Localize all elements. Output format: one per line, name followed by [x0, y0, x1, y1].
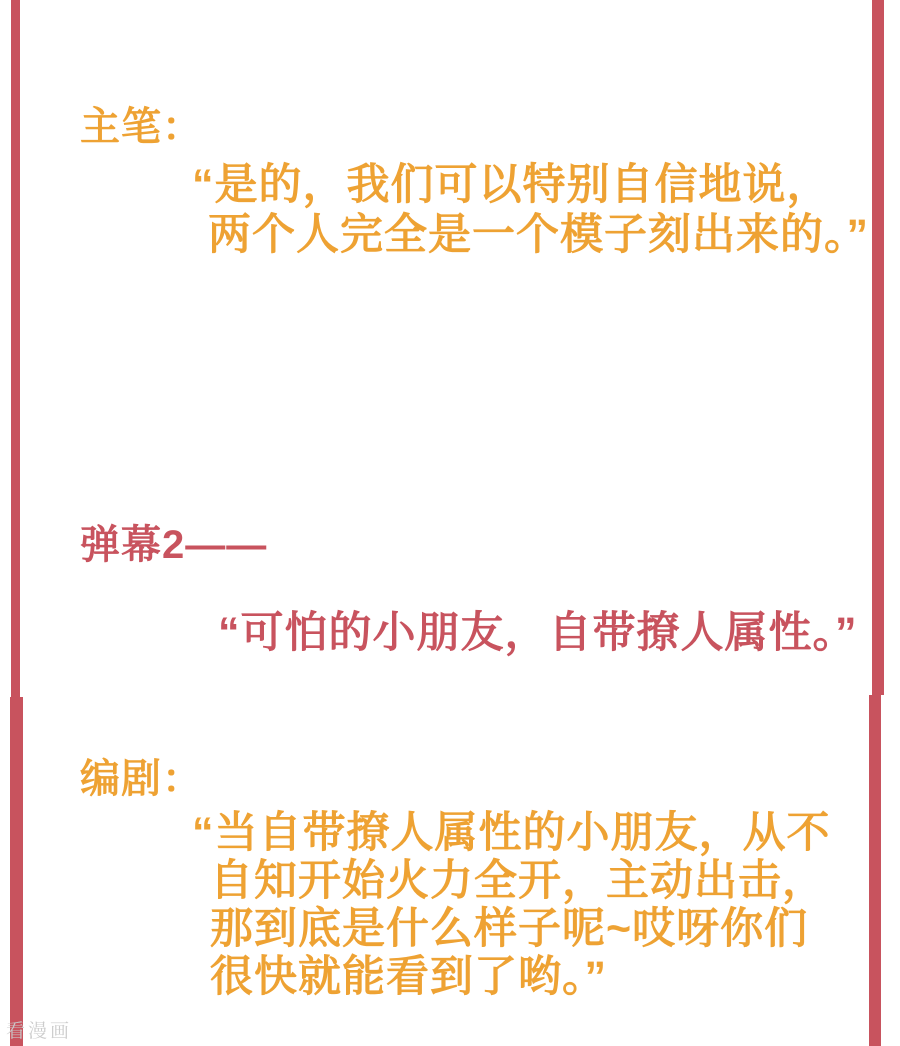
panel-border-left-bottom: [10, 697, 23, 1046]
writer-quote-line-3: 那到底是什么样子呢~哎呀你们: [210, 906, 808, 952]
artist-quote-line-1: “是的，我们可以特别自信地说，: [192, 162, 831, 208]
panel-border-right-bottom: [869, 695, 881, 1046]
comic-page: 主笔： “是的，我们可以特别自信地说， 两个人完全是一个模子刻出来的。” 弹幕2…: [0, 0, 900, 1046]
artist-quote-line-2: 两个人完全是一个模子刻出来的。”: [208, 212, 869, 258]
writer-quote-line-4: 很快就能看到了哟。”: [210, 954, 607, 1000]
app-watermark: 看漫画: [6, 1016, 72, 1043]
writer-quote-line-2: 自知开始火力全开，主动出击，: [210, 858, 826, 904]
panel-border-right-top: [872, 0, 884, 695]
writer-section-label: 编剧：: [80, 758, 203, 801]
danmaku-quote-line-1: “可怕的小朋友，自带撩人属性。”: [218, 610, 858, 656]
writer-quote-line-1: “当自带撩人属性的小朋友，从不: [192, 810, 831, 856]
artist-section-label: 主笔：: [80, 106, 203, 149]
danmaku-section-label: 弹幕2——: [80, 524, 267, 567]
panel-border-left-top: [11, 0, 20, 697]
